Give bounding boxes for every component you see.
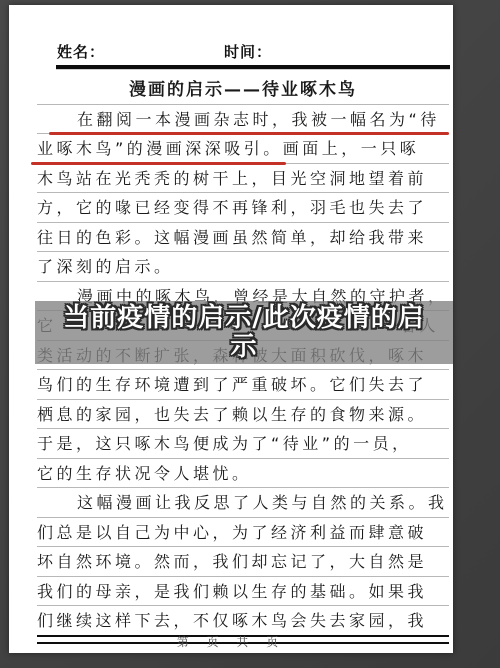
essay-line: 于是，这只啄木鸟便成为了“待业”的一员， bbox=[37, 429, 449, 459]
essay-line: 这幅漫画让我反思了人类与自然的关系。我 bbox=[37, 488, 449, 518]
essay-line: 在翻阅一本漫画杂志时，我被一幅名为“待 bbox=[37, 105, 449, 135]
name-field-label: 姓名： bbox=[57, 41, 105, 62]
watermark-text-line1: 当前疫情的启示/此次疫情的启 bbox=[63, 304, 425, 333]
essay-line: 往日的色彩。这幅漫画虽然简单，却给我带来 bbox=[37, 223, 449, 253]
watermark-overlay-banner: 当前疫情的启示/此次疫情的启 示 bbox=[35, 301, 453, 364]
essay-line: 方，它的喙已经变得不再锋利，羽毛也失去了 bbox=[37, 193, 449, 223]
essay-line: 它的生存状况令人堪忧。 bbox=[37, 459, 449, 489]
watermark-text-line2: 示 bbox=[230, 333, 257, 362]
essay-title: 漫画的启示——待业啄木鸟 bbox=[37, 75, 449, 105]
page-footer: 第 页 共 页 bbox=[9, 633, 453, 650]
essay-line: 栖息的家园，也失去了赖以生存的食物来源。 bbox=[37, 400, 449, 430]
essay-page: 姓名： 时间： 漫画的启示——待业啄木鸟 在翻阅一本漫画杂志时，我被一幅名为“待… bbox=[9, 5, 453, 653]
essay-line: 我们的母亲，是我们赖以生存的基础。如果我 bbox=[37, 577, 449, 607]
essay-line: 鸟们的生存环境遭到了严重破坏。它们失去了 bbox=[37, 370, 449, 400]
essay-line: 们继续这样下去，不仅啄木鸟会失去家园，我 bbox=[37, 606, 449, 635]
essay-line: 木鸟站在光秃秃的树干上，目光空洞地望着前 bbox=[37, 164, 449, 194]
header-divider bbox=[56, 65, 450, 70]
time-field-label: 时间： bbox=[224, 41, 272, 62]
essay-lines: 在翻阅一本漫画杂志时，我被一幅名为“待业啄木鸟”的漫画深深吸引。画面上，一只啄木… bbox=[37, 105, 449, 635]
essay-line: 坏自然环境。然而，我们却忘记了，大自然是 bbox=[37, 547, 449, 577]
essay-line: 们总是以自己为中心，为了经济利益而肆意破 bbox=[37, 518, 449, 548]
essay-line: 了深刻的启示。 bbox=[37, 252, 449, 282]
essay-line: 业啄木鸟”的漫画深深吸引。画面上，一只啄 bbox=[37, 134, 449, 164]
